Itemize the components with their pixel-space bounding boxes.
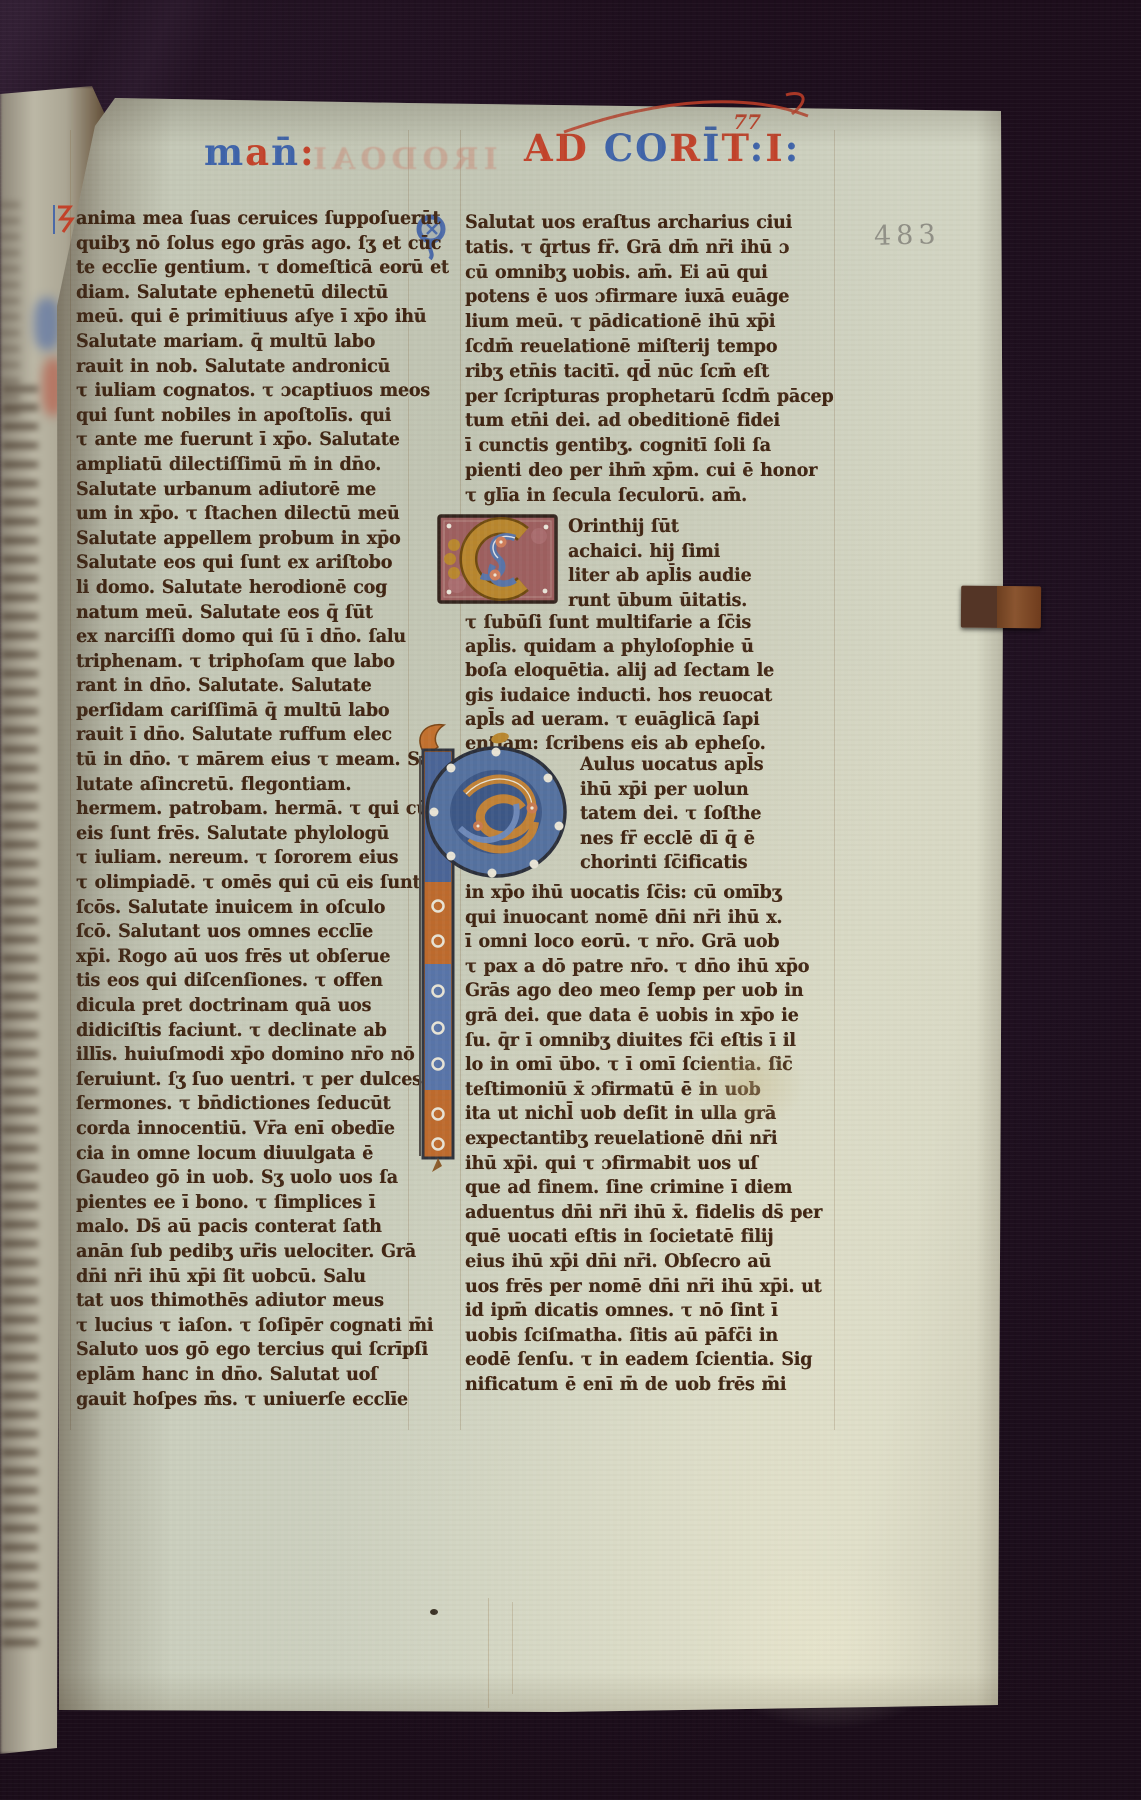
manuscript-text-line: τ olimpiadē. τ omēs qui cū eis ſunt	[76, 870, 412, 896]
manuscript-text-line: ita ut nichl̄ uob deſit in ulla grā	[465, 1101, 837, 1127]
scratch-mark	[488, 1598, 489, 1708]
manuscript-text-line: te ecclīe gentium. τ domeſticā eorū et	[76, 255, 412, 281]
manuscript-text-line: teſtimoniū x̄ ɔfirmatū ē in uob	[465, 1077, 837, 1103]
manuscript-text-line: cia in omne locum diuulgata ē	[76, 1141, 412, 1167]
header-flourish-icon	[556, 88, 826, 140]
title-letter: A	[524, 126, 555, 170]
manuscript-text-line: eplām hanc in dn̄o. Salutat uoſ	[76, 1362, 412, 1388]
manuscript-text-line: hermem. patrobam. hermā. τ qui cū	[76, 796, 412, 822]
manuscript-text-line: id ipm̄ dicatis omnes. τ nō ſint ī	[465, 1298, 837, 1324]
manuscript-text-line: lo in omī ūbo. τ ī omī ſcientia. ſic̄	[465, 1052, 837, 1078]
manuscript-text-line: quē uocati eſtis in ſocietatē filij	[465, 1224, 837, 1250]
manuscript-text-line: Aulus uocatus apl̄s	[580, 752, 836, 778]
manuscript-text-line: Gaudeo gō in uob. Sʒ uolo uos ſa	[76, 1165, 412, 1191]
manuscript-text-line: Orinthij ſūt	[568, 514, 836, 540]
underlying-page-text-blur	[2, 386, 38, 1646]
manuscript-text-line: lutate aſincretū. flegontiam.	[76, 772, 412, 798]
title-letter: m	[204, 130, 245, 174]
manuscript-text-line: grā dei. que data ē uobis in xp̄o ie	[465, 1003, 837, 1029]
manuscript-text-line: tatem dei. τ ſoſthe	[580, 801, 836, 827]
manuscript-text-line: tat uos thimothēs adiutor meus	[76, 1288, 412, 1314]
manuscript-text-line: dicula pret doctrinam quā uos	[76, 993, 412, 1019]
paraph-red-icon	[50, 202, 76, 238]
manuscript-text-line: anima mea ſuas ceruices ſuppoſuerūt	[76, 206, 412, 232]
manuscript-text-line: achaici. hij ſimi	[568, 539, 836, 565]
manuscript-text-line: Salutate mariam. q̄ multū labo	[76, 329, 412, 355]
manuscript-text-line: nificatum ē enī m̄ de uob frēs m̄i	[465, 1372, 837, 1398]
manuscript-text-line: qui inuocant nomē dn̄i nr̄i ihū x.	[465, 905, 837, 931]
manuscript-text-line: didiciſtis faciunt. τ declinate ab	[76, 1018, 412, 1044]
underlying-page-title-blue	[34, 298, 60, 350]
manuscript-text-line: nes fr̄ ecclē dī q̄ ē	[580, 826, 836, 852]
manuscript-text-line: τ ante me fuerunt ī xp̄o. Salutate	[76, 427, 412, 453]
manuscript-text-line: τ lucius τ iaſon. τ ſoſipēr cognati m̄i	[76, 1313, 412, 1339]
photo-backdrop: man̄: IRODOAI AD CORĪT:I: 77 483 anima m…	[0, 0, 1141, 1800]
manuscript-text-line: in xp̄o ihū uocatis ſc̄is: cū omībʒ	[465, 880, 837, 906]
manuscript-text-line: xp̄i. Rogo aū uos frēs ut obſerue	[76, 944, 412, 970]
manuscript-text-line: ſu. q̄r ī omnibʒ diuites fc̄i eſtis ī il	[465, 1028, 837, 1054]
manuscript-text-line: que ad finem. ſine crimine ī diem	[465, 1175, 837, 1201]
manuscript-text-line: ribʒ etn̄is tacitī. qd̄ nūc ſcm̄ eſt	[465, 359, 837, 385]
manuscript-text-line: ſeruiunt. ſʒ ſuo uentri. τ per dulces	[76, 1067, 412, 1093]
manuscript-text-line: qui ſunt nobiles in apoſtolīs. qui	[76, 403, 412, 429]
title-letter: n̄	[271, 130, 300, 174]
manuscript-text-line: ſcō. Salutant uos omnes ecclīe	[76, 919, 412, 945]
manuscript-text-line: meū. qui ē primitiuus aſye ī xp̄o ihū	[76, 304, 412, 330]
manuscript-text-line: uobis ſciſmatha. ſitis aū pāfc̄i in	[465, 1323, 837, 1349]
text-block-prologue-wrapped: Orinthij ſūtachaici. hij ſimiliter ab ap…	[568, 514, 836, 612]
folio-number: 483	[874, 219, 941, 252]
manuscript-text-line: ſcdm̄ reuelationē miſterij tempo	[465, 334, 837, 360]
manuscript-text-line: li domo. Salutate herodionē cog	[76, 575, 412, 601]
manuscript-text-line: rauit in nob. Salutate andronicū	[76, 354, 412, 380]
manuscript-text-line: ī cunctis gentibʒ. cognitī ſoli ſa	[465, 433, 837, 459]
manuscript-text-line: corda innocentiū. Vr̄a enī obedīe	[76, 1116, 412, 1142]
manuscript-text-line: tis eos qui diſcenſiones. τ offen	[76, 968, 412, 994]
manuscript-text-line: ihū xp̄i. qui τ ɔfirmabit uos uſ	[465, 1151, 837, 1177]
manuscript-text-line: tatis. τ q̄rtus fr̄. Grā dm̄ nr̄i ihū ɔ	[465, 235, 837, 261]
text-column-left: anima mea ſuas ceruices ſuppoſuerūtquibʒ…	[76, 206, 412, 1411]
manuscript-text-line: malo. Ds̄ aū pacis conterat ſath	[76, 1214, 412, 1240]
text-block-romans-ending: Salutat uos eraſtus archarius ciuitatis.…	[465, 210, 837, 508]
manuscript-text-line: pienti deo per ihm̄ xp̄m. cui ē honor	[465, 458, 837, 484]
manuscript-text-line: cū omnibʒ uobis. am̄. Ei aū qui	[465, 260, 837, 286]
manuscript-text-line: liter ab apl̄is audie	[568, 563, 836, 589]
manuscript-text-line: diam. Salutate ephenetū dilectū	[76, 280, 412, 306]
manuscript-text-line: eis ſunt frēs. Salutate phylologū	[76, 821, 412, 847]
running-title-showthrough: IRODOAI	[308, 142, 498, 177]
manuscript-text-line: expectantibʒ reuelationē dn̄i nr̄i	[465, 1126, 837, 1152]
manuscript-text-line: ex narciſſi domo qui ſū ī dn̄o. ſalu	[76, 624, 412, 650]
manuscript-text-line: Salutate urbanum adiutorē me	[76, 477, 412, 503]
manuscript-text-line: eodē ſenſu. τ in eadem ſcientia. Sig	[465, 1347, 837, 1373]
scratch-mark	[512, 1602, 513, 1694]
manuscript-text-line: uos frēs per nomē dn̄i nr̄i ihū xp̄i. ut	[465, 1274, 837, 1300]
manuscript-text-line: gauit hoſpes m̄s. τ uniuerſe ecclīe	[76, 1387, 412, 1413]
manuscript-text-line: aduentus dn̄i nr̄i ihū x̄. fidelis ds̄ p…	[465, 1200, 837, 1226]
manuscript-text-line: um in xp̄o. τ ſtachen dilectū meū	[76, 501, 412, 527]
manuscript-text-line: ampliatū dilectiſſimū m̄ in dn̄o.	[76, 452, 412, 478]
manuscript-text-line: perſidam cariſſimā q̄ multū labo	[76, 698, 412, 724]
bookmark-tab	[961, 586, 1041, 629]
header-tick-marks: 77	[730, 110, 763, 134]
manuscript-text-line: apl̄is. quidam a phyloſophie ū	[465, 634, 837, 659]
manuscript-text-line: rant in dn̄o. Salutate. Salutate	[76, 673, 412, 699]
manuscript-text-line: natum meū. Salutate eos q̄ ſūt	[76, 600, 412, 626]
manuscript-text-line: potens ē uos ɔfirmare iuxā euāge	[465, 284, 837, 310]
manuscript-text-line: Grās ago deo meo ſemp per uob in	[465, 978, 837, 1004]
text-block-corinthians: in xp̄o ihū uocatis ſc̄is: cū omībʒqui i…	[465, 880, 837, 1396]
manuscript-text-line: ſermones. τ bn̄dictiones ſeducūt	[76, 1091, 412, 1117]
manuscript-text-line: ſcōs. Salutate inuicem in oſculo	[76, 895, 412, 921]
manuscript-text-line: τ iuliam cognatos. τ ɔcaptiuos meos	[76, 378, 412, 404]
manuscript-text-line: quibʒ nō ſolus ego grās ago. ſʒ et cūc	[76, 231, 412, 257]
manuscript-text-line: τ glīa in ſecula ſeculorū. am̄.	[465, 483, 837, 509]
ruling-line	[70, 130, 71, 1430]
manuscript-text-line: τ ſubūſi ſunt multifarie a ſc̄is	[465, 610, 837, 635]
manuscript-text-line: tum etn̄i dei. ad obeditionē fidei	[465, 408, 837, 434]
manuscript-text-line: illīs. huiuſmodi xp̄o domino nr̄o nō	[76, 1042, 412, 1068]
manuscript-text-line: triphenam. τ triphoſam que labo	[76, 649, 412, 675]
manuscript-text-line: ihū xp̄i per uolun	[580, 777, 836, 803]
manuscript-text-line: Salutate appellem probum in xp̄o	[76, 526, 412, 552]
manuscript-text-line: dn̄i nr̄i ihū xp̄i ſit uobcū. Salu	[76, 1264, 412, 1290]
manuscript-text-line: pientes ee ī bono. τ ſimplices ī	[76, 1190, 412, 1216]
running-title-left: man̄:	[204, 130, 316, 174]
manuscript-text-line: lium meū. τ pādicationē ihū xp̄i	[465, 309, 837, 335]
title-letter: a	[245, 130, 271, 174]
manuscript-text-line: tū in dn̄o. τ mārem eius τ meam. Sa	[76, 747, 412, 773]
manuscript-text-line: ī omni loco eorū. τ nr̄o. Grā uob	[465, 929, 837, 955]
manuscript-text-line: rauit ī dn̄o. Salutate ruffum elec	[76, 722, 412, 748]
manuscript-text-line: eius ihū xp̄i dn̄i nr̄i. Obſecro aū	[465, 1249, 837, 1275]
manuscript-text-line: Salutate eos qui ſunt ex ariſtobo	[76, 550, 412, 576]
manuscript-text-line: gis iudaice inducti. hos reuocat	[465, 683, 837, 708]
manuscript-text-line: τ iuliam. nereum. τ ſororem eius	[76, 845, 412, 871]
manuscript-text-line: τ pax a dō patre nr̄o. τ dn̄o ihū xp̄o	[465, 954, 837, 980]
manuscript-text-line: Saluto uos gō ego tercius qui ſcrīpſi	[76, 1337, 412, 1363]
manuscript-text-line: Salutat uos eraſtus archarius ciui	[465, 210, 837, 236]
underlying-page-text-blur	[0, 196, 20, 416]
text-block-corinthians-wrapped: Aulus uocatus apl̄sihū xp̄i per uoluntat…	[580, 752, 836, 875]
manuscript-text-line: boſa eloquētia. alij ad ſectam le	[465, 658, 837, 683]
manuscript-text-line: chorinti ſc̄ificatis	[580, 850, 836, 876]
manuscript-text-line: anān ſub pedibʒ ur̄is uelociter. Grā	[76, 1239, 412, 1265]
illuminated-initial-c	[437, 514, 558, 604]
ink-speck	[430, 1609, 438, 1615]
manuscript-text-line: per ſcripturas prophetarū ſcdm̄ pācep	[465, 384, 837, 410]
